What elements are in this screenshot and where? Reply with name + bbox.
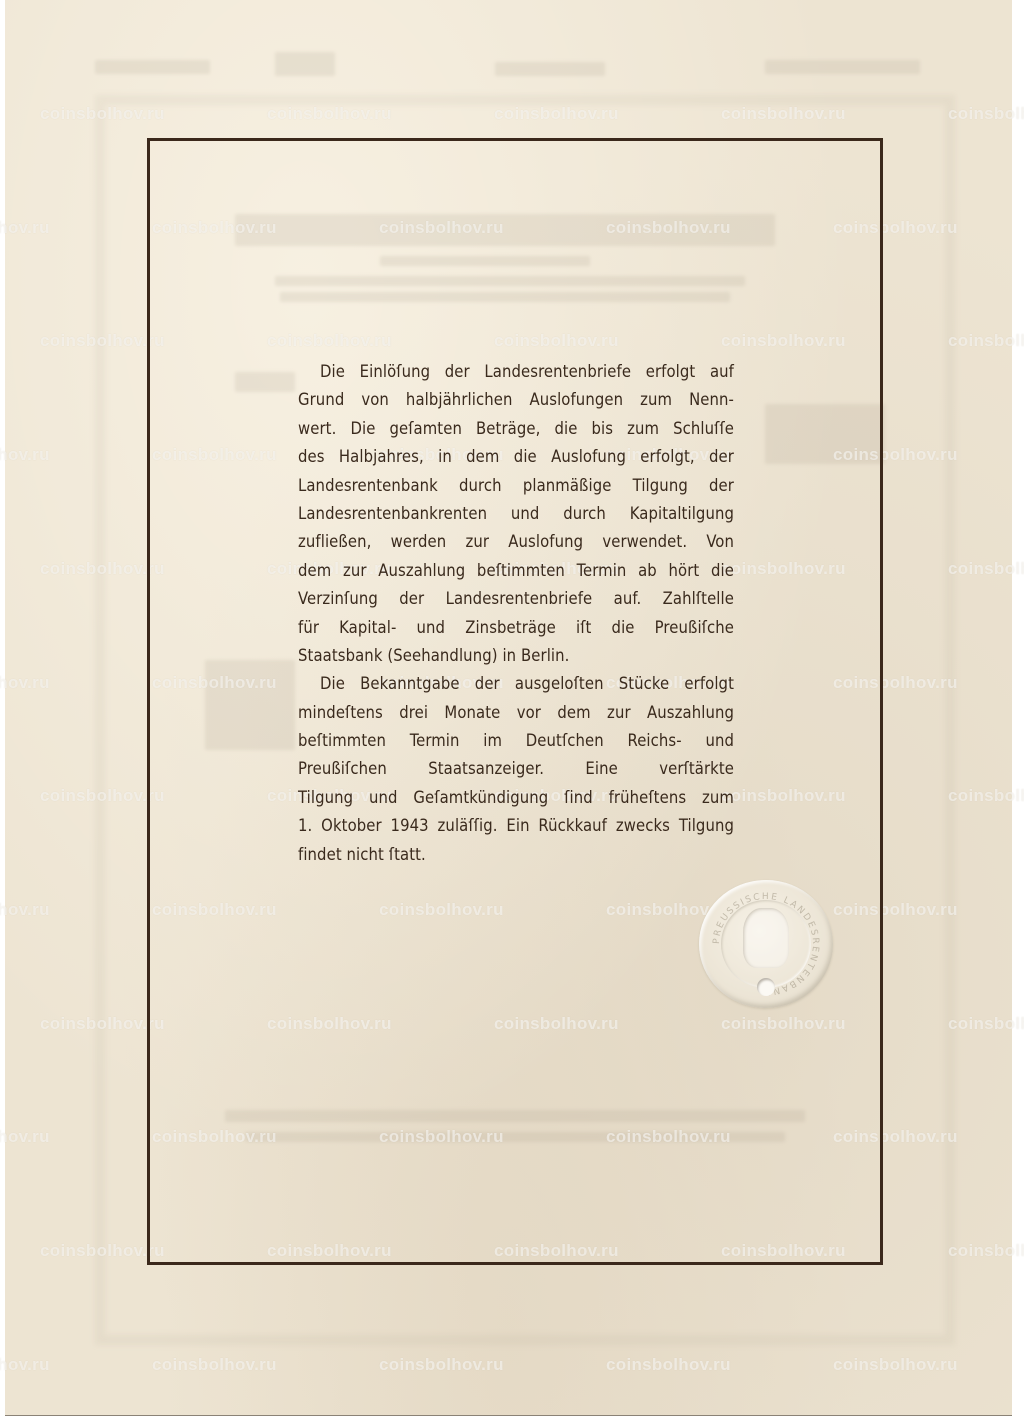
text-line: 1. Oktober 1943 zuläſſig. Ein Rückkauf z… — [298, 812, 734, 840]
watermark-text: coinsbolhov.ru — [833, 1355, 958, 1375]
text-line: Verzinſung der Landesrentenbriefe auf. Z… — [298, 585, 734, 613]
punch-hole — [757, 978, 775, 996]
text-line: zufließen, werden zur Auslofung verwende… — [298, 528, 734, 556]
terms-text: Die Einlöſung der Landesrentenbriefe erf… — [298, 358, 734, 869]
text-line: mindeſtens drei Monate vor dem zur Ausza… — [298, 699, 734, 727]
watermark-text: coinsbolhov.ru — [0, 673, 50, 693]
text-line: Die Bekanntgabe der ausgeloſten Stücke e… — [298, 670, 734, 698]
paragraph-redemption: Die Einlöſung der Landesrentenbriefe erf… — [298, 358, 734, 670]
text-line: Landesrentenbankrenten und durch Kapital… — [298, 500, 734, 528]
watermark-text: coinsbolhov.ru — [0, 900, 50, 920]
watermark-text: coinsbolhov.ru — [0, 1355, 50, 1375]
show-through-text — [495, 62, 605, 76]
text-line: für Kapital- und Zinsbeträge iſt die Pre… — [298, 614, 734, 642]
show-through-text — [95, 60, 210, 74]
text-line: wert. Die geſamten Beträge, die bis zum … — [298, 415, 734, 443]
paragraph-announcement: Die Bekanntgabe der ausgeloſten Stücke e… — [298, 670, 734, 869]
show-through-text — [275, 52, 335, 76]
text-line: beſtimmten Termin im Deutſchen Reichs- u… — [298, 727, 734, 755]
embossed-seal: PREUSSISCHE LANDESRENTENBANK — [699, 880, 833, 1008]
watermark-text: coinsbolhov.ru — [0, 445, 50, 465]
text-line: Preußiſchen Staatsanzeiger. Eine verſtär… — [298, 755, 734, 783]
watermark-text: coinsbolhov.ru — [0, 1127, 50, 1147]
text-line: Staatsbank (Seehandlung) in Berlin. — [298, 642, 734, 670]
watermark-text: coinsbolhov.ru — [948, 786, 1024, 806]
watermark-text: coinsbolhov.ru — [152, 1355, 277, 1375]
text-line: Landesrentenbank durch planmäßige Tilgun… — [298, 472, 734, 500]
text-line: dem zur Auszahlung beſtimmten Termin ab … — [298, 557, 734, 585]
watermark-text: coinsbolhov.ru — [948, 1014, 1024, 1034]
watermark-text: coinsbolhov.ru — [379, 1355, 504, 1375]
watermark-text: coinsbolhov.ru — [948, 331, 1024, 351]
watermark-text: coinsbolhov.ru — [0, 218, 50, 238]
watermark-text: coinsbolhov.ru — [948, 559, 1024, 579]
text-line: Die Einlöſung der Landesrentenbriefe erf… — [298, 358, 734, 386]
text-line: findet nicht ſtatt. — [298, 841, 734, 869]
watermark-text: coinsbolhov.ru — [948, 1241, 1024, 1261]
text-line: Tilgung und Geſamtkündigung ſind früheſt… — [298, 784, 734, 812]
text-line: Grund von halbjährlichen Auslofungen zum… — [298, 386, 734, 414]
paper-sheet: coinsbolhov.rucoinsbolhov.rucoinsbolhov.… — [5, 0, 1012, 1415]
watermark-text: coinsbolhov.ru — [606, 1355, 731, 1375]
text-line: des Halbjahres, in dem die Auslofung erf… — [298, 443, 734, 471]
show-through-text — [765, 60, 920, 74]
watermark-text: coinsbolhov.ru — [948, 104, 1024, 124]
